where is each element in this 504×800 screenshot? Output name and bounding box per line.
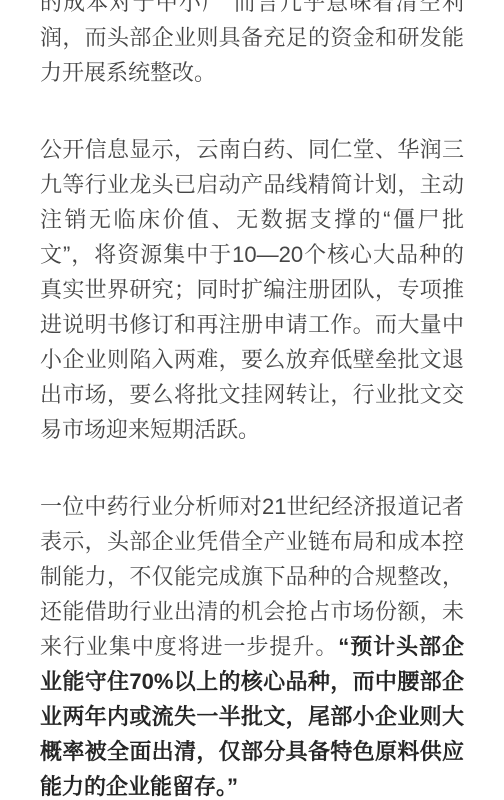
- paragraph-2-text: 公开信息显示，云南白药、同仁堂、华润三九等行业龙头已启动产品线精简计划，主动注销…: [40, 137, 464, 442]
- paragraph-1: 的成本对于中小厂”而言几乎意味着清空利润，而头部企业则具备充足的资金和研发能力开…: [40, 0, 464, 90]
- paragraph-3: 一位中药行业分析师对21世纪经济报道记者表示，头部企业凭借全产业链布局和成本控制…: [40, 489, 464, 800]
- article-page: { "colors": { "background": "#ffffff", "…: [0, 0, 504, 800]
- paragraph-1-text: 的成本对于中小厂”而言几乎意味着清空利润，而头部企业则具备充足的资金和研发能力开…: [40, 0, 464, 85]
- paragraph-2: 公开信息显示，云南白药、同仁堂、华润三九等行业龙头已启动产品线精简计划，主动注销…: [40, 132, 464, 447]
- article-body: 的成本对于中小厂”而言几乎意味着清空利润，而头部企业则具备充足的资金和研发能力开…: [0, 0, 504, 800]
